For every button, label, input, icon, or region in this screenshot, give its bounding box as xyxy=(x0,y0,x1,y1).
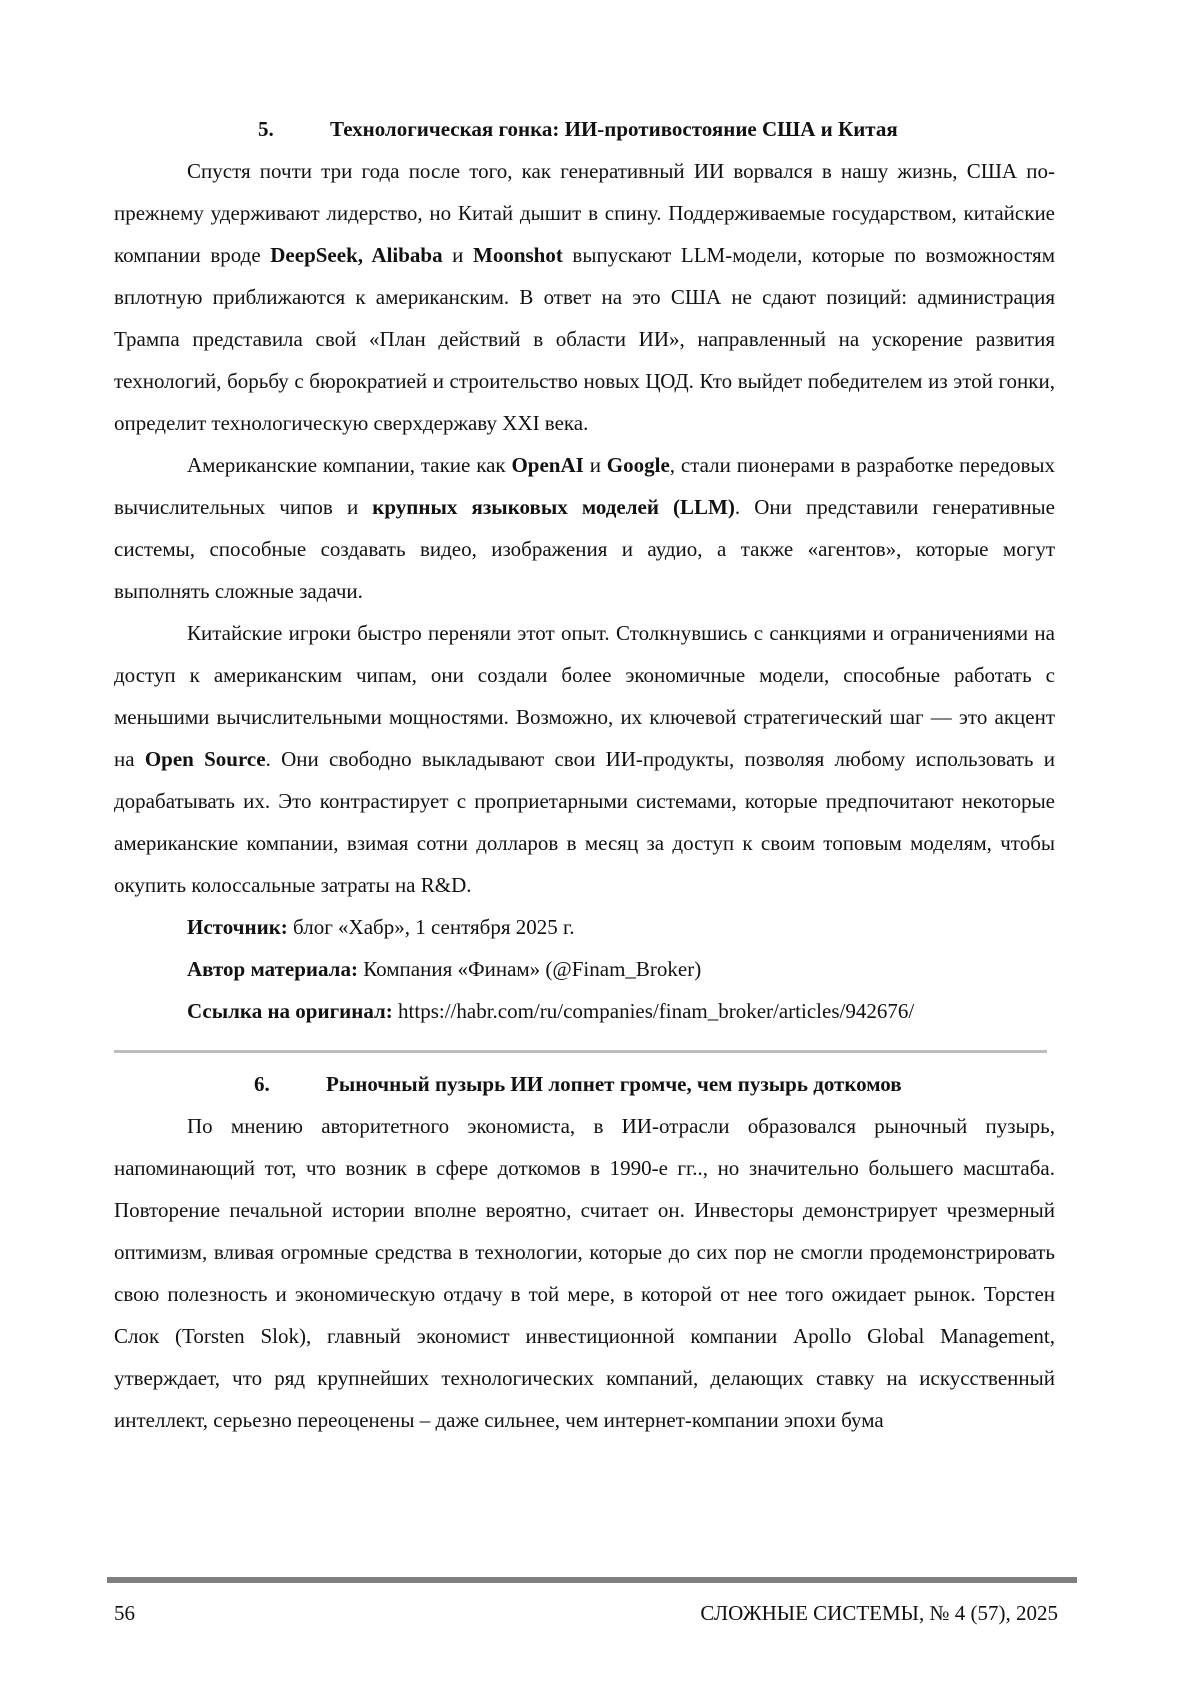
section-6-heading: 6. Рыночный пузырь ИИ лопнет громче, чем… xyxy=(114,1063,1055,1105)
bold-term: Google xyxy=(607,453,670,477)
journal-title: СЛОЖНЫЕ СИСТЕМЫ, № 4 (57), 2025 xyxy=(700,1598,1058,1628)
paragraph: Китайские игроки быстро переняли этот оп… xyxy=(114,612,1055,906)
source-line: Источник: блог «Хабр», 1 сентября 2025 г… xyxy=(114,906,1055,948)
author-value: Компания «Финам» (@Finam_Broker) xyxy=(358,957,701,981)
link-label: Ссылка на оригинал: xyxy=(187,999,393,1023)
author-line: Автор материала: Компания «Финам» (@Fina… xyxy=(114,948,1055,990)
link-line: Ссылка на оригинал: https://habr.com/ru/… xyxy=(114,990,1055,1032)
section-6-number: 6. xyxy=(254,1063,270,1105)
page-number: 56 xyxy=(114,1598,135,1628)
bold-term: OpenAI xyxy=(511,453,583,477)
section-5-title: Технологическая гонка: ИИ-противостояние… xyxy=(330,108,898,150)
text-run: выпускают LLM-модели, которые по возможн… xyxy=(114,243,1055,435)
section-5-body: Спустя почти три года после того, как ге… xyxy=(114,150,1055,906)
text-run: и xyxy=(584,453,607,477)
bold-term: крупных языковых моделей (LLM) xyxy=(372,495,735,519)
paragraph: По мнению авторитетного экономиста, в ИИ… xyxy=(114,1105,1055,1441)
author-label: Автор материала: xyxy=(187,957,358,981)
text-run: Американские компании, такие как xyxy=(187,453,511,477)
page-content: 5. Технологическая гонка: ИИ-противостоя… xyxy=(114,108,1055,1441)
section-divider xyxy=(114,1050,1047,1053)
paragraph: Американские компании, такие как OpenAI … xyxy=(114,444,1055,612)
text-run: и xyxy=(443,243,473,267)
section-6-title: Рыночный пузырь ИИ лопнет громче, чем пу… xyxy=(326,1063,902,1105)
section-6-body: По мнению авторитетного экономиста, в ИИ… xyxy=(114,1105,1055,1441)
original-link[interactable]: https://habr.com/ru/companies/finam_brok… xyxy=(393,999,914,1023)
source-value: блог «Хабр», 1 сентября 2025 г. xyxy=(288,915,575,939)
bold-term: Moonshot xyxy=(473,243,563,267)
section-5-heading: 5. Технологическая гонка: ИИ-противостоя… xyxy=(114,108,1055,150)
bold-term: Open Source xyxy=(145,747,266,771)
footer-rule xyxy=(107,1577,1077,1583)
bold-term: DeepSeek, Alibaba xyxy=(270,243,442,267)
section-5-number: 5. xyxy=(258,108,274,150)
text-run: По мнению авторитетного экономиста, в ИИ… xyxy=(114,1114,1055,1432)
source-label: Источник: xyxy=(187,915,288,939)
paragraph: Спустя почти три года после того, как ге… xyxy=(114,150,1055,444)
